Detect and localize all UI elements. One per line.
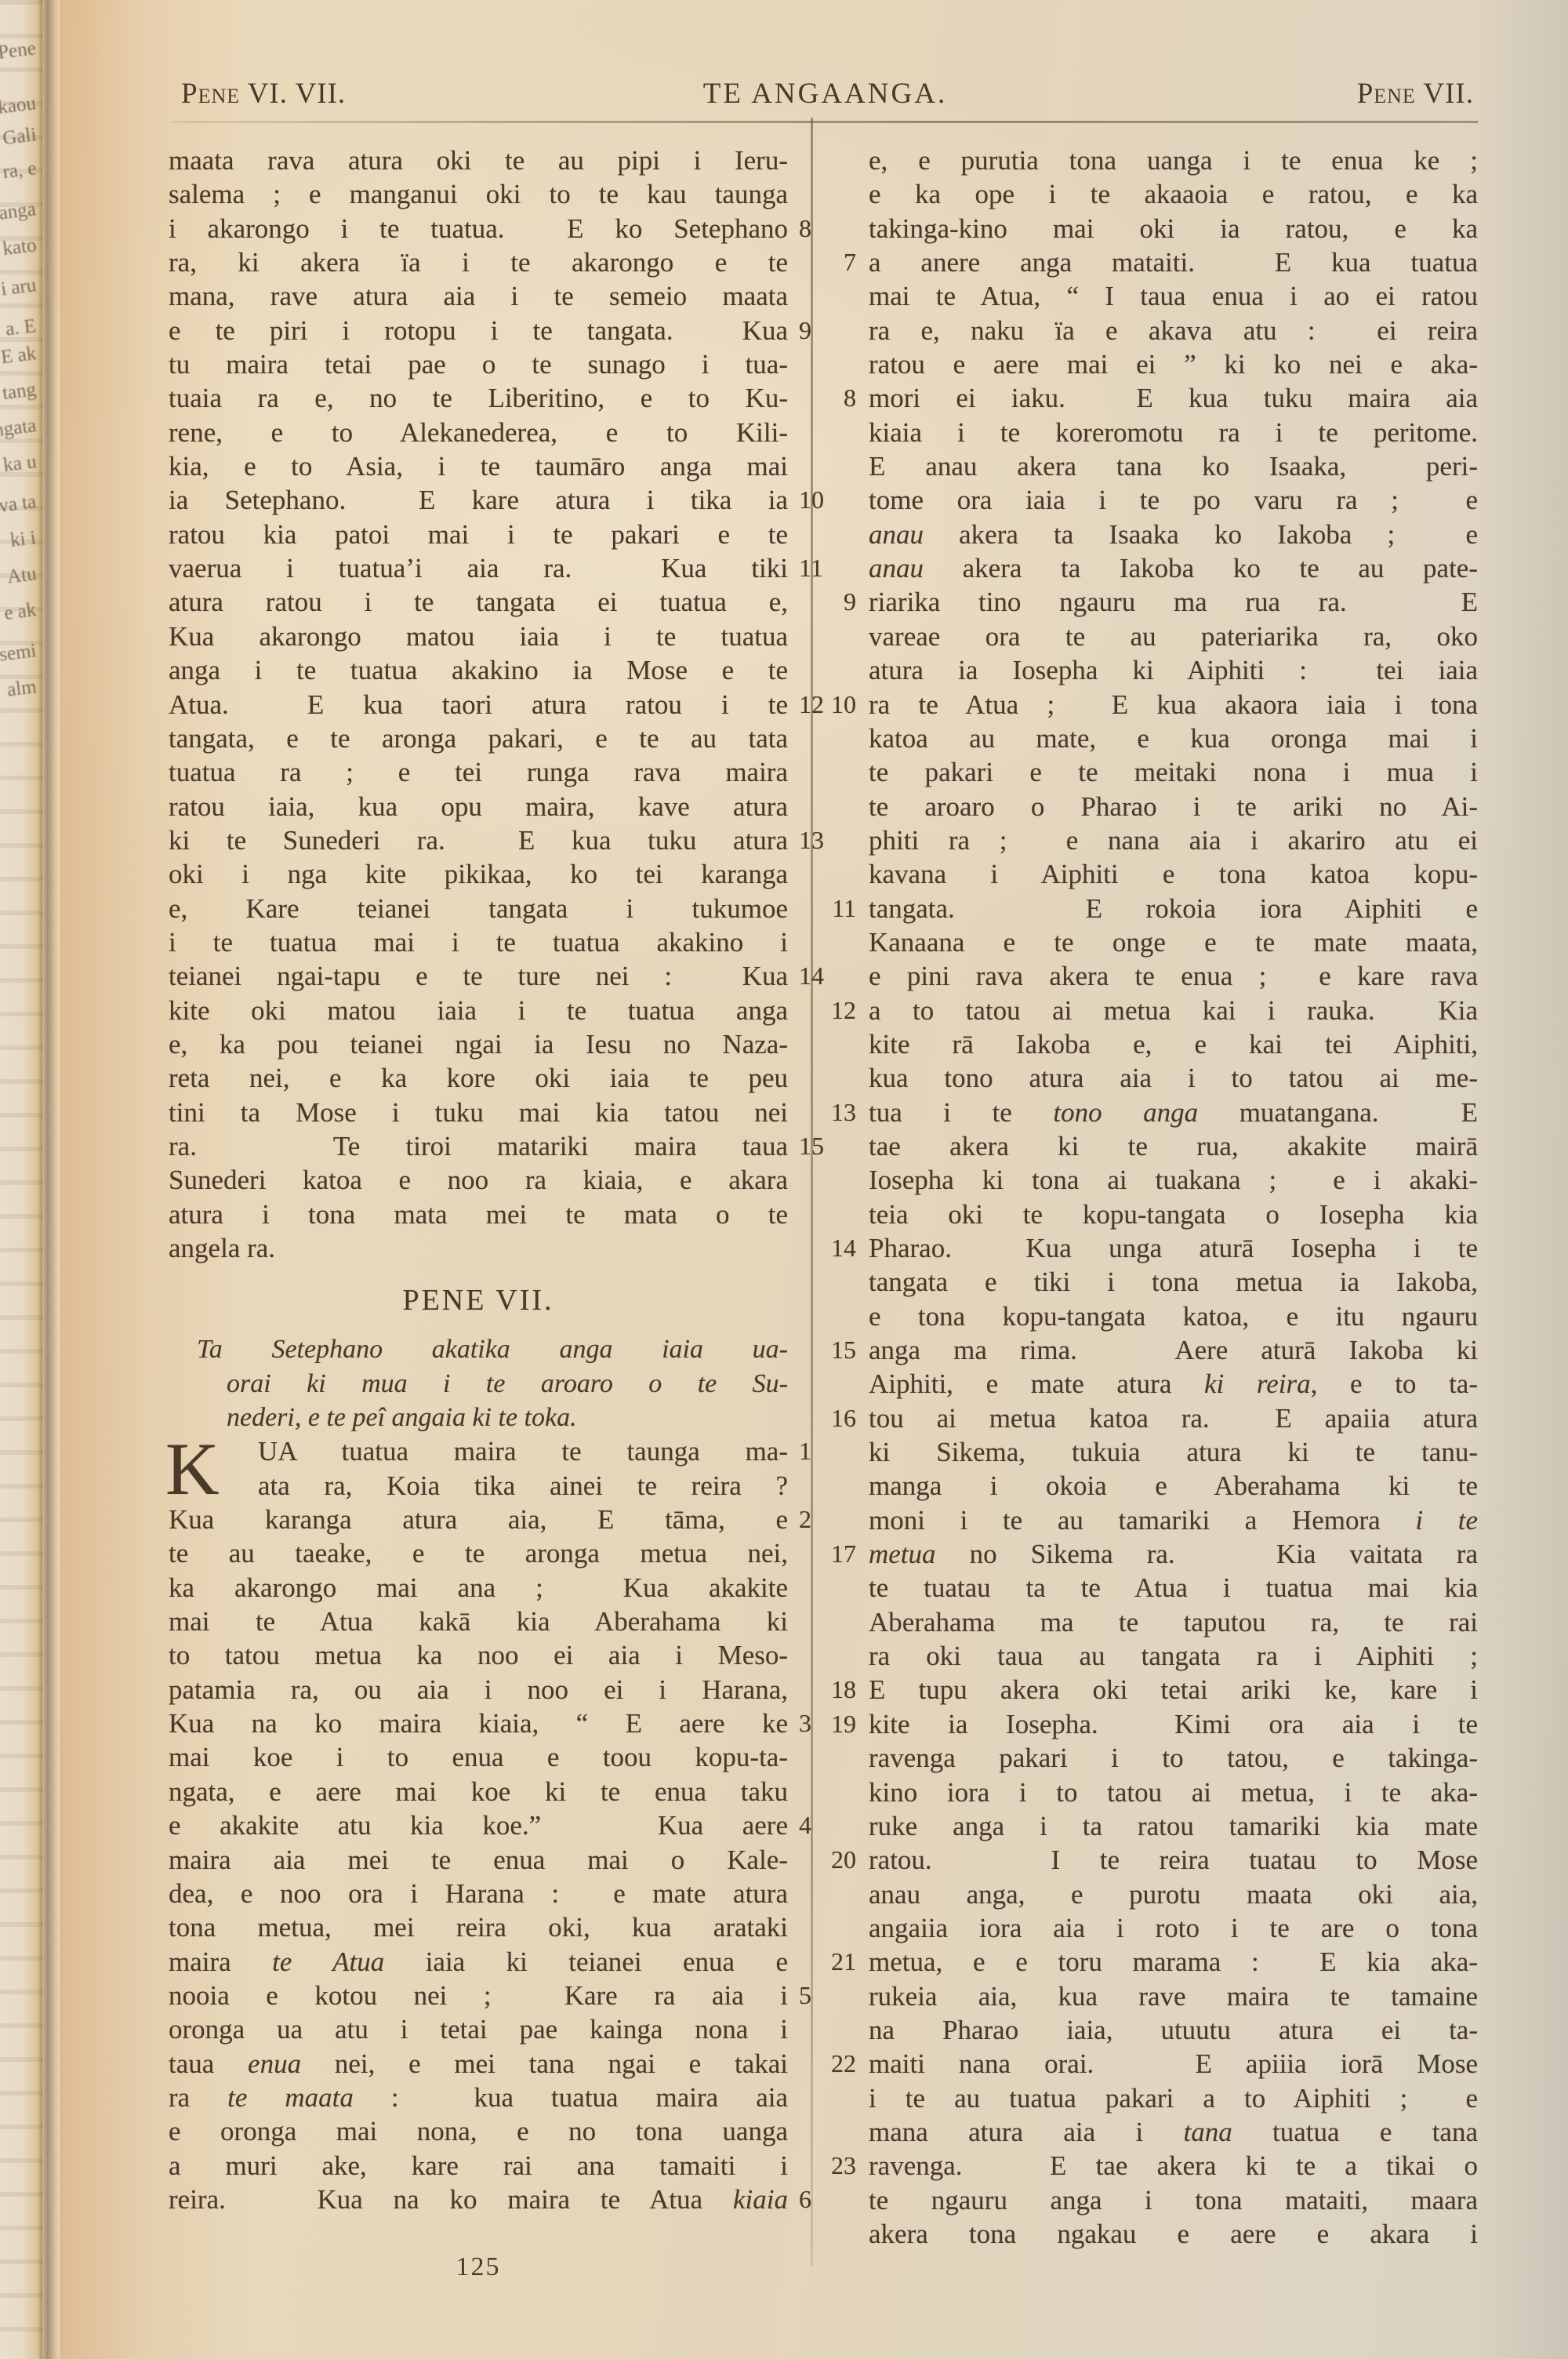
text-line: te tuatau ta te Atua i tuatua mai kia xyxy=(869,1571,1478,1605)
verse-number: 8 xyxy=(844,381,856,415)
text-line: ra te maata : kua tuatua maira aia xyxy=(169,2081,788,2114)
spine-text-fragment: i aru xyxy=(0,274,38,300)
spine-text-fragment: Pene xyxy=(0,38,38,64)
verse-number: 10 xyxy=(799,483,824,517)
verse-number: 9 xyxy=(799,314,811,347)
text-line: dea, e noo ora i Harana : e mate atura xyxy=(169,1877,788,1910)
spine-text-fragment: au tang xyxy=(0,379,38,408)
text-line: rukeia aia, kua rave maira te tamaine xyxy=(869,1979,1478,2013)
right-page-margin-shade xyxy=(1466,0,1568,2359)
text-line: reira. Kua na ko maira te Atua kiaia6 xyxy=(169,2183,788,2216)
running-head-title: TE ANGAANGA. xyxy=(169,77,1482,111)
text-line: ia Setephano. E kare atura i tika ia10 xyxy=(169,483,788,517)
text-line: E anau akera tana ko Isaaka, peri- xyxy=(869,449,1478,483)
gutter-crease xyxy=(39,0,60,2359)
text-line: kite oki matou iaia i te tuatua anga xyxy=(169,994,788,1027)
text-line: ratou. I te reira tuatau to Mose20 xyxy=(869,1843,1478,1877)
text-line: mana atura aia i tana tuatua e tana xyxy=(869,2115,1478,2149)
verse-number: 11 xyxy=(832,892,856,925)
verse-number: 9 xyxy=(844,585,856,619)
text-line: vareae ora te au pateriarika ra, oko xyxy=(869,620,1478,653)
text-line: akera tona ngakau e aere e akara i xyxy=(869,2217,1478,2251)
text-line: Kua karanga atura aia, E tāma, e2 xyxy=(169,1503,788,1536)
text-line: atura ratou i te tangata ei tuatua e, xyxy=(169,585,788,619)
verse-number: 14 xyxy=(799,959,824,993)
verse-number: 19 xyxy=(831,1707,856,1741)
text-line: teianei ngai-tapu e te ture nei : Kua14 xyxy=(169,959,788,993)
text-line: nederi, e te peî angaia ki te toka. xyxy=(169,1401,788,1434)
text-line: a anere anga mataiti. E kua tuatua7 xyxy=(869,245,1478,279)
verse-number: 4 xyxy=(799,1808,811,1842)
spine-text-fragment: semi xyxy=(0,640,38,667)
text-line: mai koe i to enua e toou kopu-ta- xyxy=(169,1740,788,1774)
spine-text-fragment: no Gali xyxy=(0,124,38,153)
verse-number: 17 xyxy=(831,1537,856,1571)
verse-number: 2 xyxy=(799,1503,811,1536)
text-line: metua, e e toru marama : E kia aka-21 xyxy=(869,1945,1478,1979)
text-line: phiti ra ; e nana aia i akariro atu ei xyxy=(869,823,1478,857)
verse-number: 1 xyxy=(799,1434,811,1468)
text-line: angela ra. xyxy=(169,1231,788,1265)
text-line: kite rā Iakoba e, e kai tei Aiphiti, xyxy=(869,1027,1478,1061)
text-line: e ka ope i te akaaoia e ratou, e ka xyxy=(869,177,1478,211)
previous-page-edge: Peneakaouno Galia ra, emangate katoi aru… xyxy=(0,0,42,2359)
text-line: kia, e to Asia, i te taumāro anga mai xyxy=(169,449,788,483)
text-line: mai te Atua kakā kia Aberahama ki xyxy=(169,1605,788,1638)
verse-number: 18 xyxy=(831,1673,856,1707)
spine-text-fragment: akaou xyxy=(0,93,38,120)
text-line: e tona kopu-tangata katoa, e itu ngauru xyxy=(869,1299,1478,1333)
text-line: manga i okoia e Aberahama ki te xyxy=(869,1469,1478,1503)
text-line: Kanaana e te onge e te mate maata, xyxy=(869,925,1478,959)
text-line: patamia ra, ou aia i noo ei i Harana, xyxy=(169,1673,788,1707)
text-line: salema ; e manganui oki to te kau taunga xyxy=(169,177,788,211)
text-line: ravenga. E tae akera ki te a tikai o23 xyxy=(869,2149,1478,2183)
spine-text-fragment: ngata xyxy=(0,415,38,442)
text-line: e oronga mai nona, e no tona uanga xyxy=(169,2114,788,2148)
spine-text-fragment: ava ta xyxy=(0,491,38,518)
text-line: a to tatou ai metua kai i rauka. Kia12 xyxy=(869,994,1478,1027)
text-line: tuaia ra e, no te Liberitino, e to Ku- xyxy=(169,381,788,415)
text-line: tini ta Mose i tuku mai kia tatou nei xyxy=(169,1096,788,1129)
verse-number: 15 xyxy=(831,1333,856,1367)
text-line: anau akera ta Isaaka ko Iakoba ; e xyxy=(869,518,1478,551)
text-line: katoa au mate, e kua oronga mai i xyxy=(869,722,1478,755)
verse-number: 14 xyxy=(831,1231,856,1265)
text-line: i te au tuatua pakari a to Aiphiti ; e xyxy=(869,2081,1478,2115)
text-line: atura i tona mata mei te mata o te xyxy=(169,1198,788,1231)
text-line: atura ia Iosepha ki Aiphiti : tei iaia xyxy=(869,653,1478,687)
text-line: Pharao. Kua unga aturā Iosepha i te14 xyxy=(869,1231,1478,1265)
text-line: tangata e tiki i tona metua ia Iakoba, xyxy=(869,1265,1478,1299)
verse-number: 13 xyxy=(799,823,824,857)
header-rule xyxy=(172,121,1478,123)
verse-number: 22 xyxy=(831,2047,856,2081)
text-line: tome ora iaia i te po varu ra ; e xyxy=(869,483,1478,517)
spine-text-fragment: alm xyxy=(5,676,38,701)
text-line: tona metua, mei reira oki, kua arataki xyxy=(169,1910,788,1944)
text-line: teia oki te kopu-tangata o Iosepha kia xyxy=(869,1198,1478,1231)
spine-text-fragment: manga xyxy=(0,198,38,227)
verse-number: 12 xyxy=(831,994,856,1027)
text-line: ratou kia patoi mai i te pakari e te xyxy=(169,518,788,551)
text-line: orai ki mua i te aroaro o te Su- xyxy=(169,1367,788,1401)
text-line: tou ai metua katoa ra. E apaiia atura16 xyxy=(869,1401,1478,1435)
text-line: maata rava atura oki te au pipi i Ieru- xyxy=(169,144,788,177)
text-line: UA tuatua maira te taunga ma-1 xyxy=(169,1434,788,1468)
text-line: kavana i Aiphiti e tona katoa kopu- xyxy=(869,857,1478,891)
text-line: e te piri i rotopu i te tangata. Kua9 xyxy=(169,314,788,347)
text-line: takinga-kino mai oki ia ratou, e ka xyxy=(869,212,1478,245)
text-line: ki Sikema, tukuia atura ki te tanu- xyxy=(869,1435,1478,1469)
text-line: kiaia i te koreromotu ra i te peritome. xyxy=(869,416,1478,449)
verse-number: 11 xyxy=(799,551,823,585)
text-line: Kua na ko maira kiaia, “ E aere ke3 xyxy=(169,1707,788,1740)
verse-number: 21 xyxy=(831,1945,856,1979)
text-line: Aberahama ma te taputou ra, te rai xyxy=(869,1605,1478,1639)
text-line: ngata, e aere mai koe ki te enua taku xyxy=(169,1775,788,1808)
verse-number: 10 xyxy=(831,688,856,722)
spine-text-fragment: ka u xyxy=(2,451,37,477)
text-column-left: maata rava atura oki te au pipi i Ieru-s… xyxy=(169,144,788,2216)
text-line: oronga ua atu i tetai pae kainga nona i xyxy=(169,2012,788,2046)
spine-text-fragment: Atu xyxy=(5,563,38,588)
spine-text-fragment: u, E ak xyxy=(0,343,38,371)
spine-text-fragment: te kato xyxy=(0,234,38,263)
text-line: e akakite atu kia koe.” Kua aere4 xyxy=(169,1808,788,1842)
text-line: tangata. E rokoia iora Aiphiti e11 xyxy=(869,892,1478,925)
text-line: tuatua ra ; e tei runga rava maira xyxy=(169,755,788,789)
text-line: Sunederi katoa e noo ra kiaia, e akara xyxy=(169,1163,788,1197)
text-line: e pini rava akera te enua ; e kare rava xyxy=(869,959,1478,993)
text-line: maiti nana orai. E apiiia iorā Mose22 xyxy=(869,2047,1478,2081)
text-line: angaiia iora aia i roto i te are o tona xyxy=(869,1911,1478,1945)
text-line: tangata, e te aronga pakari, e te au tat… xyxy=(169,722,788,755)
running-head-right: Pene VII. xyxy=(1357,77,1474,111)
spine-text-fragment: a. E xyxy=(5,315,38,341)
text-line: riarika tino ngauru ma rua ra. E9 xyxy=(869,585,1478,619)
text-line: mana, rave atura aia i te semeio maata xyxy=(169,279,788,313)
text-line: Kua akarongo matou iaia i te tuatua xyxy=(169,620,788,653)
text-line: e, ka pou teianei ngai ia Iesu no Naza- xyxy=(169,1027,788,1061)
verse-number: 6 xyxy=(799,2183,811,2216)
text-line: ra e, naku ïa e akava atu : ei reira xyxy=(869,314,1478,347)
text-line: e, Kare teianei tangata i tukumoe xyxy=(169,892,788,925)
text-line: taua enua nei, e mei tana ngai e takai xyxy=(169,2047,788,2081)
text-line: E tupu akera oki tetai ariki ke, kare i1… xyxy=(869,1673,1478,1707)
text-line: ra. Te tiroi matariki maira taua15 xyxy=(169,1129,788,1163)
text-line: te aroaro o Pharao i te ariki no Ai- xyxy=(869,790,1478,823)
text-line: i te tuatua mai i te tuatua akakino i xyxy=(169,925,788,959)
text-line: te pakari e te meitaki nona i mua i xyxy=(869,755,1478,789)
text-line: Aiphiti, e mate atura ki reira, e to ta- xyxy=(869,1367,1478,1401)
text-line: ra oki taua au tangata ra i Aiphiti ; xyxy=(869,1639,1478,1673)
verse-number: 12 xyxy=(799,688,824,722)
verse-number: 15 xyxy=(799,1129,824,1163)
verse-number: 23 xyxy=(831,2149,856,2183)
text-line: kino iora i to tatou ai metua, i te aka- xyxy=(869,1776,1478,1809)
text-line: kite ia Iosepha. Kimi ora aia i te19 xyxy=(869,1707,1478,1741)
text-column-right: e, e purutia tona uanga i te enua ke ;e … xyxy=(869,144,1478,2251)
text-line: ratou e aere mai ei ” ki ko nei e aka- xyxy=(869,347,1478,381)
text-line: anau anga, e purotu maata oki aia, xyxy=(869,1877,1478,1911)
text-line: mori ei iaku. E kua tuku maira aia8 xyxy=(869,381,1478,415)
text-line: Iosepha ki tona ai tuakana ; e i akaki- xyxy=(869,1163,1478,1197)
text-line: to tatou metua ka noo ei aia i Meso- xyxy=(169,1638,788,1672)
text-line: anga ma rima. Aere aturā Iakoba ki15 xyxy=(869,1333,1478,1367)
text-line: tua i te tono anga muatangana. E13 xyxy=(869,1096,1478,1129)
text-line: nooia e kotou nei ; Kare ra aia i5 xyxy=(169,1979,788,2012)
drop-cap: K xyxy=(165,1437,220,1501)
spine-text-fragment: : e ak xyxy=(0,599,38,626)
verse-number: 5 xyxy=(799,1979,811,2012)
text-line: metua no Sikema ra. Kia vaitata ra17 xyxy=(869,1537,1478,1571)
text-line: anau akera ta Iakoba ko te au pate- xyxy=(869,551,1478,585)
running-head: Pene VI. VII. TE ANGAANGA. Pene VII. xyxy=(169,77,1482,124)
text-line: rene, e to Alekanederea, e to Kili- xyxy=(169,416,788,449)
text-line: ra te Atua ; E kua akaora iaia i tona10 xyxy=(869,688,1478,722)
text-line: ata ra, Koia tika ainei te reira ? xyxy=(169,1469,788,1503)
verse-number: 8 xyxy=(799,212,811,245)
text-line: na Pharao iaia, utuutu atura ei ta- xyxy=(869,2013,1478,2047)
page-number: 125 xyxy=(169,2252,788,2282)
text-line: maira aia mei te enua mai o Kale- xyxy=(169,1843,788,1877)
text-line: vaerua i tuatua’i aia ra. Kua tiki11 xyxy=(169,551,788,585)
verse-number: 13 xyxy=(831,1096,856,1129)
text-line: ki te Sunederi ra. E kua tuku atura13 xyxy=(169,823,788,857)
text-line: ra, ki akera ïa i te akarongo e te xyxy=(169,245,788,279)
verse-number: 7 xyxy=(844,245,856,279)
verse-number: 16 xyxy=(831,1401,856,1435)
chapter-heading: PENE VII. xyxy=(169,1284,788,1321)
verse-number: 20 xyxy=(831,1843,856,1877)
column-divider-rule xyxy=(811,118,813,2266)
text-line: Ta Setephano akatika anga iaia ua- xyxy=(169,1332,788,1366)
text-line: te au taeake, e te aronga metua nei, xyxy=(169,1536,788,1570)
text-line: mai te Atua, “ I taua enua i ao ei ratou xyxy=(869,279,1478,313)
text-line: ruke anga i ta ratou tamariki kia mate xyxy=(869,1809,1478,1843)
text-line: tae akera ki te rua, akakite mairā xyxy=(869,1129,1478,1163)
text-line: i akarongo i te tuatua. E ko Setephano8 xyxy=(169,212,788,245)
text-line: e, e purutia tona uanga i te enua ke ; xyxy=(869,144,1478,177)
text-line: maira te Atua iaia ki teianei enua e xyxy=(169,1945,788,1979)
spine-text-fragment: ki i xyxy=(9,527,38,552)
text-line: a muri ake, kare rai ana tamaiti i xyxy=(169,2149,788,2183)
text-line: oki i nga kite pikikaa, ko tei karanga xyxy=(169,857,788,891)
text-line: kua tono atura aia i to tatou ai me- xyxy=(869,1061,1478,1095)
text-line: tu maira tetai pae o te sunago i tua- xyxy=(169,347,788,381)
verse-number: 3 xyxy=(799,1707,811,1740)
text-line: Atua. E kua taori atura ratou i te12 xyxy=(169,688,788,722)
text-line: te ngauru anga i tona mataiti, maara xyxy=(869,2183,1478,2217)
text-line: ratou iaia, kua opu maira, kave atura xyxy=(169,790,788,823)
text-line: anga i te tuatua akakino ia Mose e te xyxy=(169,653,788,687)
book-page-photo: { "header": { "left": "Pene VI. VII.", "… xyxy=(0,0,1568,2359)
text-line: reta nei, e ka kore oki iaia te peu xyxy=(169,1061,788,1095)
text-line: ka akarongo mai ana ; Kua akakite xyxy=(169,1571,788,1605)
text-line: ravenga pakari i to tatou, e takinga- xyxy=(869,1741,1478,1775)
text-line: moni i te au tamariki a Hemora i te xyxy=(869,1503,1478,1537)
spine-text-fragment: a ra, e xyxy=(0,158,38,185)
